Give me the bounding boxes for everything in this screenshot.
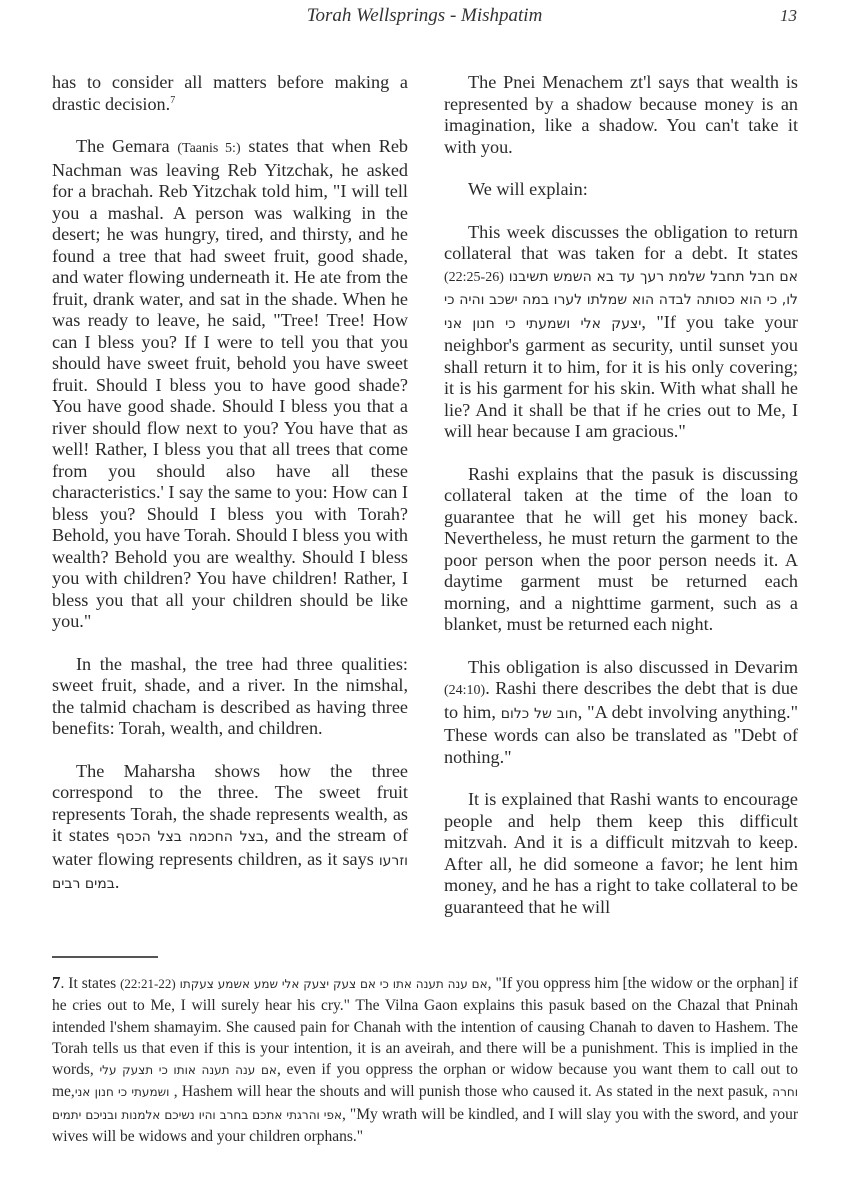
paragraph-text: The Pnei Menachem zt'l says that wealth … <box>444 72 798 157</box>
paragraph-text: The Gemara <box>76 136 177 156</box>
footnote-number: 7 <box>52 973 61 992</box>
paragraph: This week discusses the obligation to re… <box>444 222 798 443</box>
hebrew-quote: אם ענה תענה אותו כי תצעק עלי <box>99 1063 277 1077</box>
paragraph: We will explain: <box>444 179 798 201</box>
footnote-text: , Hashem will hear the shouts and will p… <box>169 1083 772 1100</box>
right-column: The Pnei Menachem zt'l says that wealth … <box>444 72 798 939</box>
paragraph-text: In the mashal, the tree had three qualit… <box>52 654 408 739</box>
running-title: Torah Wellsprings - Mishpatim <box>0 5 849 27</box>
paragraph: The Gemara (Taanis 5:) states that when … <box>52 136 408 633</box>
paragraph: Rashi explains that the pasuk is discuss… <box>444 464 798 636</box>
paragraph-text: states that when Reb Nachman was leaving… <box>52 136 408 631</box>
paragraph-text: We will explain: <box>468 179 588 199</box>
paragraph-text: . <box>115 872 120 892</box>
footnote-marker[interactable]: 7 <box>170 94 175 105</box>
paragraph: It is explained that Rashi wants to enco… <box>444 789 798 918</box>
paragraph: The Maharsha shows how the three corresp… <box>52 761 408 896</box>
paragraph-text: This week discusses the obligation to re… <box>444 222 798 264</box>
source-reference: (22:21-22) <box>120 976 176 991</box>
page-number: 13 <box>780 6 797 26</box>
hebrew-quote: אם ענה תענה אתו כי אם צעק יצעק אלי שמע א… <box>180 977 488 991</box>
paragraph-text: It is explained that Rashi wants to enco… <box>444 789 798 917</box>
paragraph-text: Rashi explains that the pasuk is discuss… <box>444 464 798 635</box>
footnote-divider <box>52 956 158 958</box>
left-column: has to consider all matters before makin… <box>52 72 408 917</box>
paragraph: This obligation is also discussed in Dev… <box>444 657 798 769</box>
source-reference: (22:25-26) <box>444 270 504 285</box>
source-reference: (24:10) <box>444 683 485 698</box>
paragraph-text: This obligation is also discussed in Dev… <box>468 657 798 677</box>
hebrew-quote: חוב של כלום <box>501 706 578 722</box>
hebrew-quote: ושמעתי כי חנון אני <box>75 1085 170 1099</box>
paragraph: has to consider all matters before makin… <box>52 72 408 115</box>
source-reference: (Taanis 5:) <box>177 141 240 156</box>
hebrew-quote: בצל החכמה בצל הכסף <box>116 829 264 845</box>
footnote: 7. It states (22:21-22) אם ענה תענה אתו … <box>52 972 798 1147</box>
paragraph-text: has to consider all matters before makin… <box>52 72 408 114</box>
page-header: Torah Wellsprings - Mishpatim 13 <box>0 0 849 40</box>
paragraph: In the mashal, the tree had three qualit… <box>52 654 408 740</box>
footnote-text: . It states <box>61 975 121 992</box>
paragraph: The Pnei Menachem zt'l says that wealth … <box>444 72 798 158</box>
